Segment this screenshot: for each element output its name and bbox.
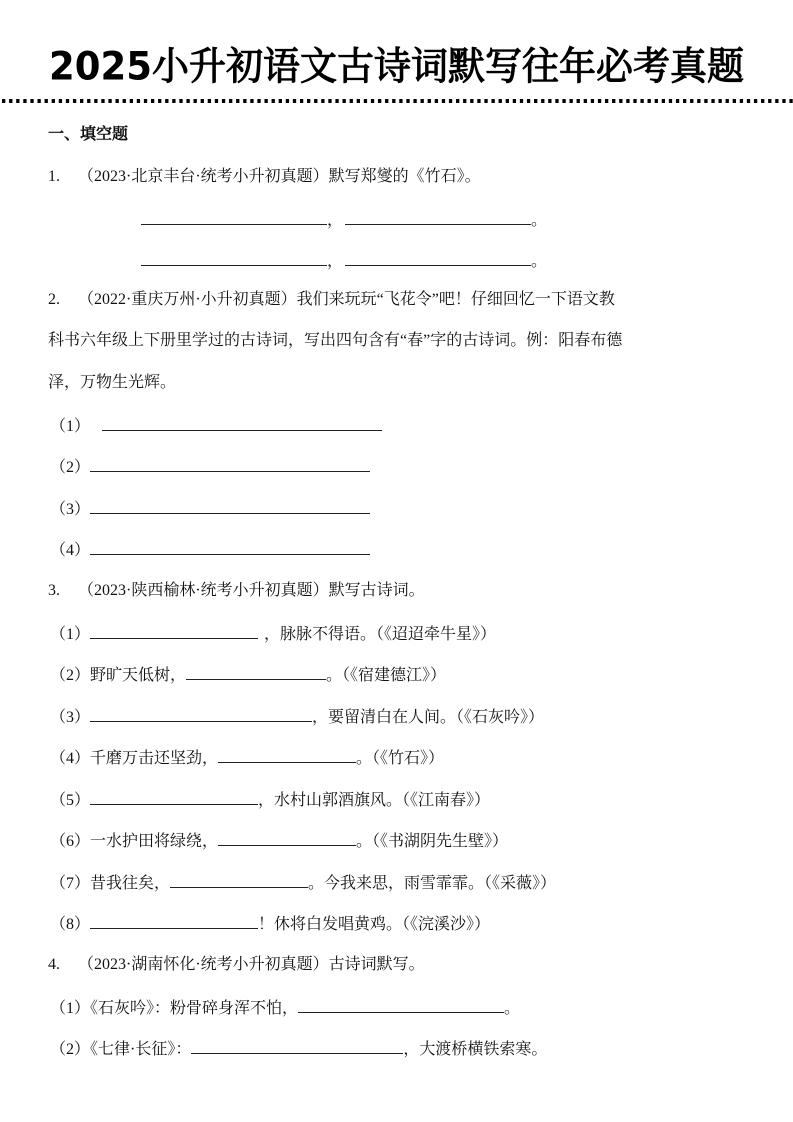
item-text: 。今我来思，雨雪霏霏。 [308, 875, 484, 892]
answer-blank[interactable] [298, 996, 504, 1013]
answer-blank[interactable] [170, 871, 308, 888]
answer-blank[interactable] [191, 1037, 403, 1054]
poem-reference: （《江南春》） [402, 792, 490, 809]
answer-blank[interactable] [90, 455, 370, 472]
q3-item-3: （3），要留清白在人间。（《石灰吟》） [50, 705, 544, 729]
question-number: 2. [48, 289, 78, 311]
question-prompt: 我们来玩玩“飞花令”吧！仔细回忆一下语文教 [297, 291, 615, 308]
q4-item-1: （1）《石灰吟》：粉骨碎身浑不怕，。 [50, 996, 520, 1020]
q3-item-2: （2）野旷天低树，。（《宿建德江》） [50, 663, 446, 687]
item-label: （5） [50, 792, 90, 809]
punctuation: ， [327, 212, 343, 229]
item-label: （1） [50, 1000, 90, 1017]
question-source: （2023·陕西榆林·统考小升初真题） [78, 582, 329, 599]
item-label: （3） [50, 709, 90, 726]
answer-blank[interactable] [345, 249, 531, 266]
answer-blank[interactable] [90, 497, 370, 514]
question-prompt: 默写古诗词。 [329, 582, 425, 599]
answer-blank[interactable] [186, 663, 326, 680]
item-text: 。 [504, 1000, 520, 1017]
q3-item-1: （1），脉脉不得语。（《迢迢牵牛星》） [50, 622, 496, 646]
item-label: （2） [50, 667, 90, 684]
question-2-line-2: 科书六年级上下册里学过的古诗词，写出四句含有“春”字的古诗词。例：阳春布德 [48, 330, 622, 352]
answer-blank[interactable] [90, 788, 258, 805]
item-text: ！休将白发唱黄鸡。 [258, 916, 402, 933]
q3-item-6: （6）一水护田将绿绕，。（《书湖阴先生壁》） [50, 829, 508, 853]
item-text: 。 [326, 667, 342, 684]
q2-item-1: （1） [50, 414, 384, 438]
question-prompt: 古诗词默写。 [329, 956, 425, 973]
punctuation: 。 [531, 253, 547, 270]
answer-blank[interactable] [90, 912, 258, 929]
item-text: 。 [356, 833, 372, 850]
q3-item-4: （4）千磨万击还坚劲，。（《竹石》） [50, 746, 444, 770]
poem-reference: （《竹石》） [372, 750, 444, 767]
punctuation: 。 [531, 212, 547, 229]
question-number: 3. [48, 580, 78, 602]
answer-blank[interactable] [218, 746, 356, 763]
item-label: （8） [50, 916, 90, 933]
question-4: 4.（2023·湖南怀化·统考小升初真题）古诗词默写。 [48, 954, 425, 976]
dotted-divider [2, 99, 793, 103]
answer-blank[interactable] [141, 249, 327, 266]
answer-blank[interactable] [90, 538, 370, 555]
q2-item-4: （4） [50, 538, 372, 562]
item-text: ，水村山郭酒旗风。 [258, 792, 402, 809]
poem-reference: （《宿建德江》） [342, 667, 446, 684]
answer-blank[interactable] [90, 622, 258, 639]
answer-row: ，。 [141, 249, 547, 273]
item-label: （2） [50, 1041, 90, 1058]
item-label: （2） [50, 459, 90, 476]
question-source: （2023·湖南怀化·统考小升初真题） [78, 956, 329, 973]
q4-item-2: （2）《七律·长征》：，大渡桥横铁索寒。 [50, 1037, 547, 1061]
item-label: （1） [50, 626, 90, 643]
question-2-line-3: 泽，万物生光辉。 [48, 372, 176, 394]
item-label: （3） [50, 501, 90, 518]
question-1: 1.（2023·北京丰台·统考小升初真题）默写郑燮的《竹石》。 [48, 166, 481, 188]
question-prompt: 默写郑燮的《竹石》。 [329, 168, 481, 185]
question-number: 4. [48, 954, 78, 976]
item-label: （4） [50, 542, 90, 559]
item-text: ，要留清白在人间。 [312, 709, 456, 726]
item-text: 野旷天低树， [90, 667, 186, 684]
question-2: 2.（2022·重庆万州·小升初真题）我们来玩玩“飞花令”吧！仔细回忆一下语文教 [48, 289, 615, 311]
question-3: 3.（2023·陕西榆林·统考小升初真题）默写古诗词。 [48, 580, 425, 602]
punctuation: ， [327, 253, 343, 270]
item-text: 《七律·长征》： [90, 1041, 191, 1058]
q2-item-2: （2） [50, 455, 372, 479]
item-text: 一水护田将绿绕， [90, 833, 218, 850]
q3-item-7: （7）昔我往矣，。今我来思，雨雪霏霏。（《采薇》） [50, 871, 556, 895]
poem-reference: （《迢迢牵牛星》） [376, 626, 496, 643]
poem-reference: （《采薇》） [484, 875, 556, 892]
q3-item-5: （5），水村山郭酒旗风。（《江南春》） [50, 788, 490, 812]
item-text: ，大渡桥横铁索寒。 [403, 1041, 547, 1058]
poem-reference: （《书湖阴先生壁》） [372, 833, 508, 850]
item-text: 。 [356, 750, 372, 767]
poem-reference: （《石灰吟》） [456, 709, 544, 726]
item-text: 千磨万击还坚劲， [90, 750, 218, 767]
question-source: （2022·重庆万州·小升初真题） [78, 291, 297, 308]
item-label: （7） [50, 875, 90, 892]
question-number: 1. [48, 166, 78, 188]
item-label: （6） [50, 833, 90, 850]
answer-blank[interactable] [90, 705, 312, 722]
answer-blank[interactable] [218, 829, 356, 846]
answer-blank[interactable] [141, 208, 327, 225]
poem-reference: （《浣溪沙》） [402, 916, 490, 933]
answer-blank[interactable] [345, 208, 531, 225]
section-heading: 一、填空题 [48, 124, 128, 144]
item-text: 昔我往矣， [90, 875, 170, 892]
item-label: （4） [50, 750, 90, 767]
document-title: 2025小升初语文古诗词默写往年必考真题 [0, 41, 793, 94]
item-text: 《石灰吟》：粉骨碎身浑不怕， [90, 1000, 298, 1017]
answer-blank[interactable] [102, 414, 382, 431]
question-source: （2023·北京丰台·统考小升初真题） [78, 168, 329, 185]
item-text: ，脉脉不得语。 [264, 626, 376, 643]
answer-row: ，。 [141, 208, 547, 232]
q2-item-3: （3） [50, 497, 372, 521]
q3-item-8: （8）！休将白发唱黄鸡。（《浣溪沙》） [50, 912, 490, 936]
item-label: （1） [50, 418, 90, 435]
